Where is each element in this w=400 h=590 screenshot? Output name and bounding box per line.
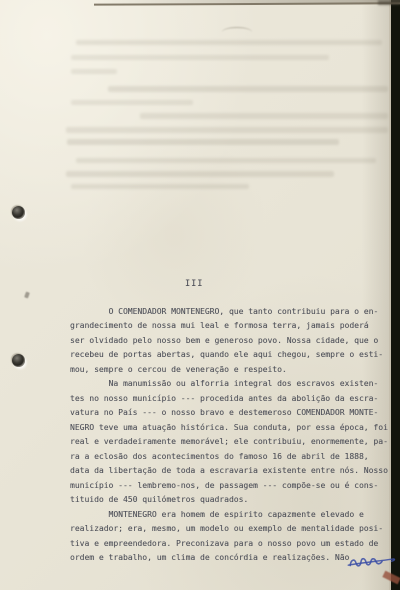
- bleed-through-line: [71, 55, 329, 60]
- paper-sheet: III O COMENDADOR MONTENEGRO, que tanto c…: [0, 0, 391, 590]
- typewritten-line: ser olvidado pelo nosso bem e generoso p…: [70, 334, 392, 349]
- bleed-through-line: [76, 40, 382, 45]
- scanned-typewritten-page: { "document": { "type": "typewritten man…: [0, 0, 400, 590]
- paragraphs: O COMENDADOR MONTENEGRO, que tanto contr…: [70, 305, 392, 566]
- typewritten-line: ordem e trabalho, um clima de concórdia …: [70, 551, 392, 566]
- bleed-through-line: [67, 139, 339, 145]
- typewritten-text-block: III O COMENDADOR MONTENEGRO, que tanto c…: [70, 277, 392, 566]
- punch-hole: [12, 206, 25, 219]
- typewritten-line: data da libertação de toda a escravaria …: [70, 464, 392, 479]
- typewritten-line: vatura no País --- o nosso bravo e deste…: [70, 406, 392, 421]
- bleed-through-line: [140, 113, 388, 119]
- bleed-through-line: [71, 184, 249, 189]
- typewritten-line: real e verdadeiramente memorável; ele co…: [70, 435, 392, 450]
- bleed-through-line: [76, 158, 376, 163]
- typewritten-line: tes no nosso município --- procedida ant…: [70, 392, 392, 407]
- bleed-through-line: [71, 69, 117, 74]
- typewritten-line: ra a eclosão dos acontecimentos do famos…: [70, 450, 392, 465]
- typewritten-line: NEGRO teve uma atuação histórica. Sua co…: [70, 421, 392, 436]
- bleed-through-line: [108, 86, 388, 92]
- typewritten-line: realizador; era, mesmo, um modelo ou exe…: [70, 522, 392, 537]
- smudge-mark: [222, 27, 252, 37]
- typewritten-line: Na manumissão ou alforria integral dos e…: [70, 377, 392, 392]
- typewritten-line: tituido de 450 quilómetros quadrados.: [70, 493, 392, 508]
- handwritten-scribble: [346, 550, 397, 572]
- bleed-through-line: [66, 171, 334, 177]
- typewritten-line: recebeu de portas abertas, quando ele aq…: [70, 348, 392, 363]
- typewritten-line: MONTENEGRO era homem de espirito capazme…: [70, 508, 392, 523]
- typewritten-line: O COMENDADOR MONTENEGRO, que tanto contr…: [70, 305, 392, 320]
- punch-hole: [12, 354, 25, 367]
- bleed-through-line: [71, 100, 193, 105]
- typewritten-line: tiva e empreendedora. Preconizava para o…: [70, 537, 392, 552]
- scan-corner-shadow: [378, 0, 400, 5]
- bleed-through-line: [66, 127, 388, 133]
- paper-speck: [24, 291, 30, 298]
- typewritten-line: município --- lembremo-nos, de passagem …: [70, 479, 392, 494]
- typewritten-line: grandecimento de nossa mui leal e formos…: [70, 319, 392, 334]
- section-heading: III: [185, 277, 392, 292]
- typewritten-line: mou, sempre o cercou de veneração e resp…: [70, 363, 392, 378]
